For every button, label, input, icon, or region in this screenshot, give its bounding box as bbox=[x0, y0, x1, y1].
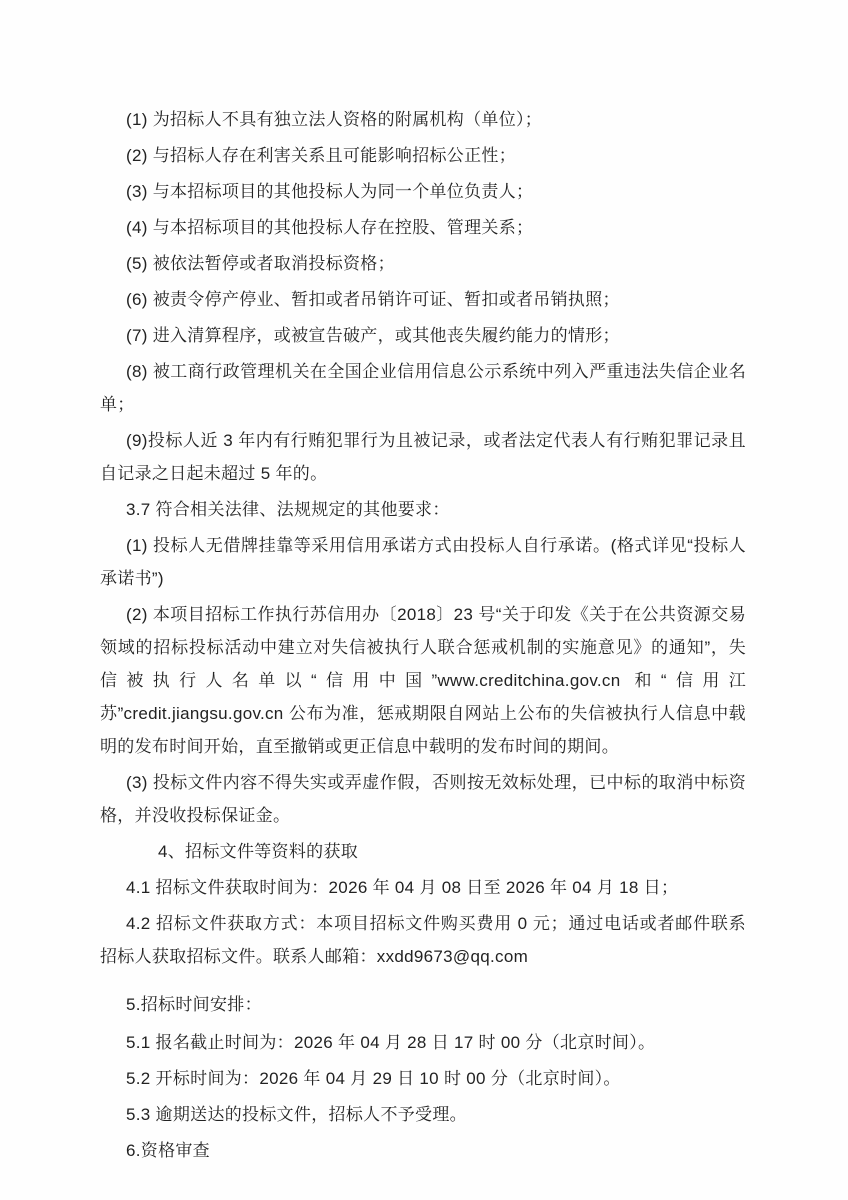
section-3-7-heading: 3.7 符合相关法律、法规规定的其他要求： bbox=[100, 493, 746, 526]
clause-item-7: (7) 进入清算程序，或被宣告破产，或其他丧失履约能力的情形； bbox=[100, 319, 746, 352]
section-3-7-item-1: (1) 投标人无借牌挂靠等采用信用承诺方式由投标人自行承诺。(格式详见“投标人承… bbox=[100, 529, 746, 595]
section-4-heading: 4、招标文件等资料的获取 bbox=[100, 835, 746, 868]
clause-item-3: (3) 与本招标项目的其他投标人为同一个单位负责人； bbox=[100, 175, 746, 208]
document-page: (1) 为招标人不具有独立法人资格的附属机构（单位）； (2) 与招标人存在利害… bbox=[0, 0, 848, 1200]
section-4-item-2: 4.2 招标文件获取方式：本项目招标文件购买费用 0 元；通过电话或者邮件联系招… bbox=[100, 907, 746, 973]
clause-item-6: (6) 被责令停产停业、暂扣或者吊销许可证、暂扣或者吊销执照； bbox=[100, 283, 746, 316]
clause-item-8: (8) 被工商行政管理机关在全国企业信用信息公示系统中列入严重违法失信企业名单； bbox=[100, 355, 746, 421]
section-6-heading: 6.资格审查 bbox=[100, 1134, 746, 1167]
clause-item-1: (1) 为招标人不具有独立法人资格的附属机构（单位）； bbox=[100, 103, 746, 136]
section-5-item-1: 5.1 报名截止时间为：2026 年 04 月 28 日 17 时 00 分（北… bbox=[100, 1026, 746, 1059]
clause-item-2: (2) 与招标人存在利害关系且可能影响招标公正性； bbox=[100, 139, 746, 172]
clause-item-9: (9)投标人近 3 年内有行贿犯罪行为且被记录，或者法定代表人有行贿犯罪记录且自… bbox=[100, 424, 746, 490]
section-4-item-1: 4.1 招标文件获取时间为：2026 年 04 月 08 日至 2026 年 0… bbox=[100, 871, 746, 904]
section-3-7-item-3: (3) 投标文件内容不得失实或弄虚作假，否则按无效标处理，已中标的取消中标资格，… bbox=[100, 766, 746, 832]
section-5-item-3: 5.3 逾期送达的投标文件，招标人不予受理。 bbox=[100, 1098, 746, 1131]
clause-item-4: (4) 与本招标项目的其他投标人存在控股、管理关系； bbox=[100, 211, 746, 244]
section-5-heading: 5.招标时间安排： bbox=[100, 988, 746, 1021]
section-5-item-2: 5.2 开标时间为：2026 年 04 月 29 日 10 时 00 分（北京时… bbox=[100, 1062, 746, 1095]
section-3-7-item-2: (2) 本项目招标工作执行苏信用办〔2018〕23 号“关于印发《关于在公共资源… bbox=[100, 598, 746, 763]
clause-item-5: (5) 被依法暂停或者取消投标资格； bbox=[100, 247, 746, 280]
